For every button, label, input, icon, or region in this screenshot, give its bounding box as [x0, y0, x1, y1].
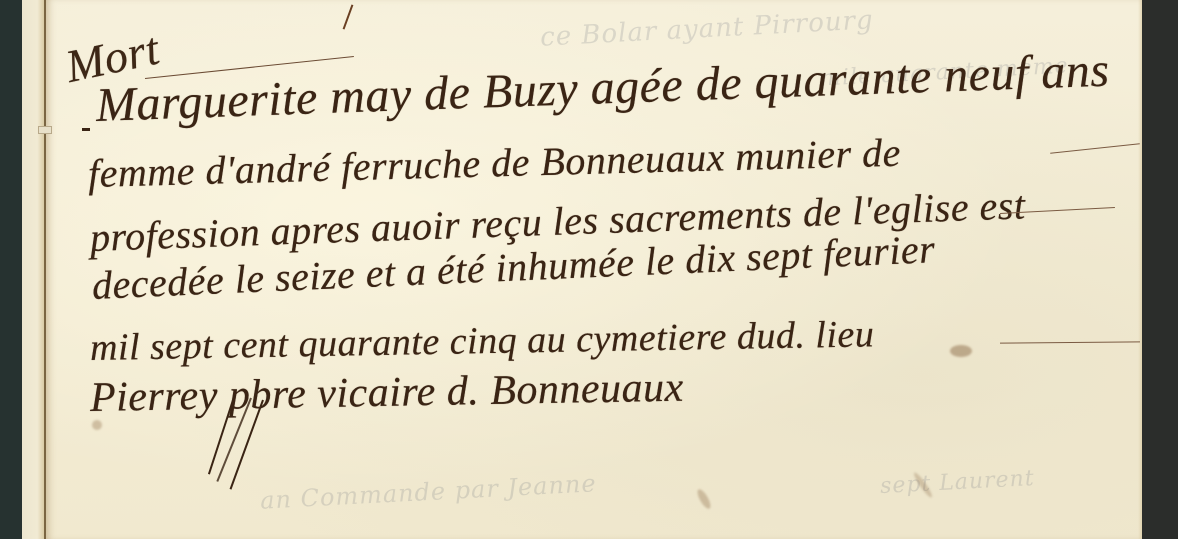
paper-stain [92, 420, 102, 430]
ink-blot [950, 345, 972, 357]
entry-dash-mark [82, 128, 90, 131]
binding-stitch [38, 126, 52, 134]
scanner-background-left [0, 0, 22, 539]
scanner-background-right [1142, 0, 1178, 539]
